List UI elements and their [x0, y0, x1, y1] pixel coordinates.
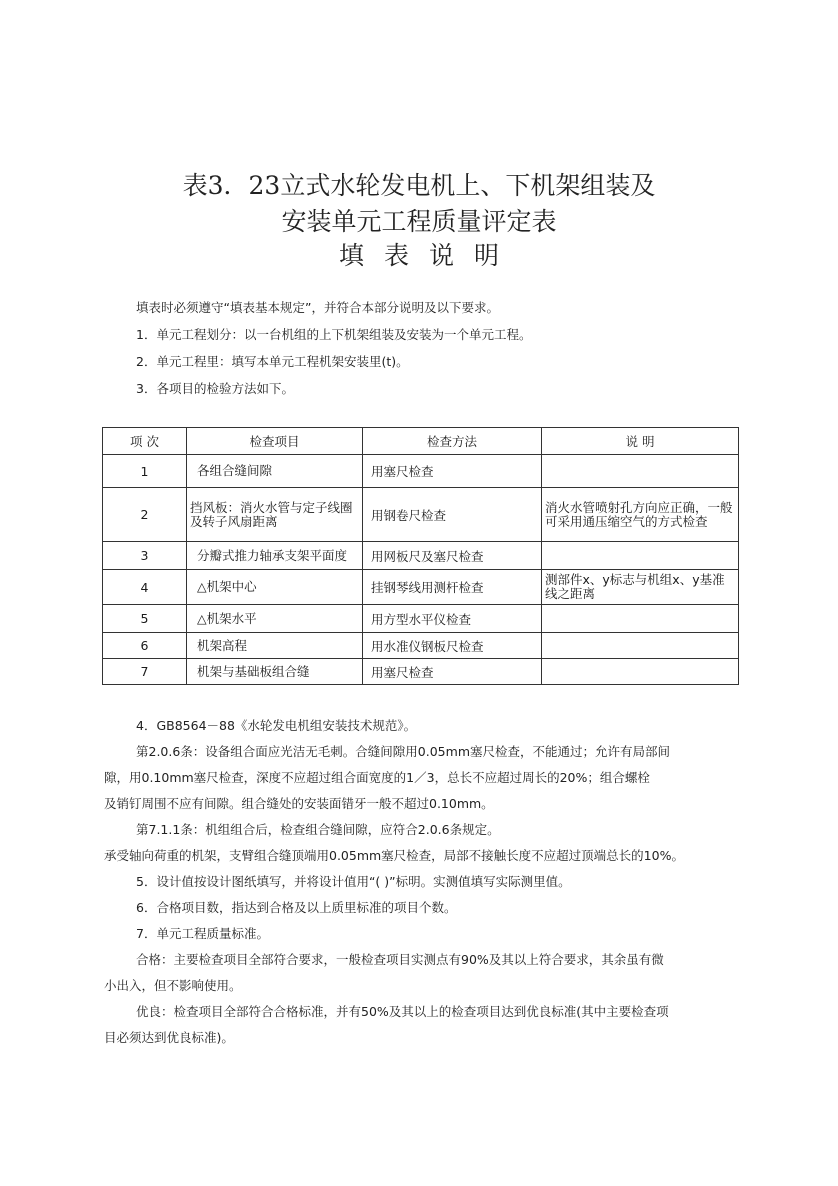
clause-2-0-6-cont1: 隙，用0.10mm塞尺检查，深度不应超过组合面宽度的1／3，总长不应超过周长的2… [104, 768, 650, 786]
table-row: 1 各组合缝间隙 用塞尺检查 [103, 455, 739, 488]
row-index: 5 [103, 605, 187, 633]
header-note: 说 明 [542, 428, 739, 455]
row-note: 测部件x、y标志与机组x、y基准线之距离 [542, 570, 739, 605]
intro-item-3: 3．各项目的检验方法如下。 [136, 379, 294, 397]
row-index: 1 [103, 455, 187, 488]
standard-excellent: 优良：检查项目全部符合合格标准，并有50%及其以上的检查项目达到优良标准(其中主… [136, 1002, 669, 1020]
clause-7-1-1-cont: 承受轴向荷重的机架，支臂组合缝顶端用0.05mm塞尺检查，局部不接触长度不应超过… [104, 846, 684, 864]
row-note [542, 633, 739, 659]
row-method: 用网板尺及塞尺检查 [363, 542, 542, 570]
row-index: 3 [103, 542, 187, 570]
table-row: 4 △机架中心 挂钢琴线用测杆检查 测部件x、y标志与机组x、y基准线之距离 [103, 570, 739, 605]
body-item-7: 7．单元工程质量标准。 [136, 924, 269, 942]
row-item: 分瓣式推力轴承支架平面度 [187, 542, 363, 570]
row-item: 机架与基础板组合缝 [187, 659, 363, 685]
row-item: 机架高程 [187, 633, 363, 659]
row-method: 用钢卷尺检查 [363, 488, 542, 542]
intro-item-2: 2．单元工程里：填写本单元工程机架安装里(t)。 [136, 352, 409, 370]
row-method: 用塞尺检查 [363, 455, 542, 488]
standard-excellent-cont: 目必须达到优良标准)。 [104, 1028, 234, 1046]
clause-2-0-6-cont2: 及销钉周围不应有间隙。组合缝处的安装面错牙一般不超过0.10mm。 [104, 794, 494, 812]
row-item: △机架水平 [187, 605, 363, 633]
row-item: 各组合缝间隙 [187, 455, 363, 488]
document-title-line1: 表3．23立式水轮发电机上、下机架组装及 [0, 166, 838, 202]
row-note: 消火水管喷射孔方向应正确，一般可采用通压缩空气的方式检查 [542, 488, 739, 542]
table-row: 6 机架高程 用水准仪钢板尺检查 [103, 633, 739, 659]
intro-item-1: 1．单元工程划分：以一台机组的上下机架组装及安装为一个单元工程。 [136, 325, 531, 343]
table-row: 5 △机架水平 用方型水平仪检查 [103, 605, 739, 633]
intro-paragraph: 填表时必须遵守“填表基本规定”，并符合本部分说明及以下要求。 [136, 298, 499, 316]
clause-2-0-6: 第2.0.6条：设备组合面应光洁无毛刺。合缝间隙用0.05mm塞尺检查，不能通过… [136, 742, 670, 760]
table-row: 2 挡风板：消火水管与定子线圈及转子风扇距离 用钢卷尺检查 消火水管喷射孔方向应… [103, 488, 739, 542]
row-index: 2 [103, 488, 187, 542]
row-index: 7 [103, 659, 187, 685]
body-item-5: 5．设计值按设计图纸填写，并将设计值用“( )”标明。实测值填写实际测里值。 [136, 872, 571, 890]
inspection-methods-table: 项 次 检查项目 检查方法 说 明 1 各组合缝间隙 用塞尺检查 2 挡风板：消… [102, 427, 739, 685]
row-note [542, 605, 739, 633]
row-item: △机架中心 [187, 570, 363, 605]
row-note [542, 659, 739, 685]
body-item-4: 4．GB8564－88《水轮发电机组安装技术规范》。 [136, 716, 416, 734]
row-method: 用水准仪钢板尺检查 [363, 633, 542, 659]
row-method: 用塞尺检查 [363, 659, 542, 685]
standard-pass: 合格：主要检查项目全部符合要求，一般检查项目实测点有90%及其以上符合要求，其余… [136, 950, 664, 968]
row-note [542, 542, 739, 570]
clause-7-1-1: 第7.1.1条：机组组合后，检查组合缝间隙，应符合2.0.6条规定。 [136, 820, 500, 838]
document-subtitle: 填表说明 [0, 236, 838, 272]
row-item: 挡风板：消火水管与定子线圈及转子风扇距离 [187, 488, 363, 542]
standard-pass-cont: 小出入，但不影响使用。 [104, 976, 242, 994]
row-method: 用方型水平仪检查 [363, 605, 542, 633]
row-method: 挂钢琴线用测杆检查 [363, 570, 542, 605]
header-method: 检查方法 [363, 428, 542, 455]
table-row: 3 分瓣式推力轴承支架平面度 用网板尺及塞尺检查 [103, 542, 739, 570]
body-item-6: 6．合格项目数，指达到合格及以上质里标准的项目个数。 [136, 898, 456, 916]
row-index: 6 [103, 633, 187, 659]
header-index: 项 次 [103, 428, 187, 455]
table-row: 7 机架与基础板组合缝 用塞尺检查 [103, 659, 739, 685]
table-header-row: 项 次 检查项目 检查方法 说 明 [103, 428, 739, 455]
document-title-line2: 安装单元工程质量评定表 [0, 202, 838, 238]
row-index: 4 [103, 570, 187, 605]
header-item: 检查项目 [187, 428, 363, 455]
row-note [542, 455, 739, 488]
